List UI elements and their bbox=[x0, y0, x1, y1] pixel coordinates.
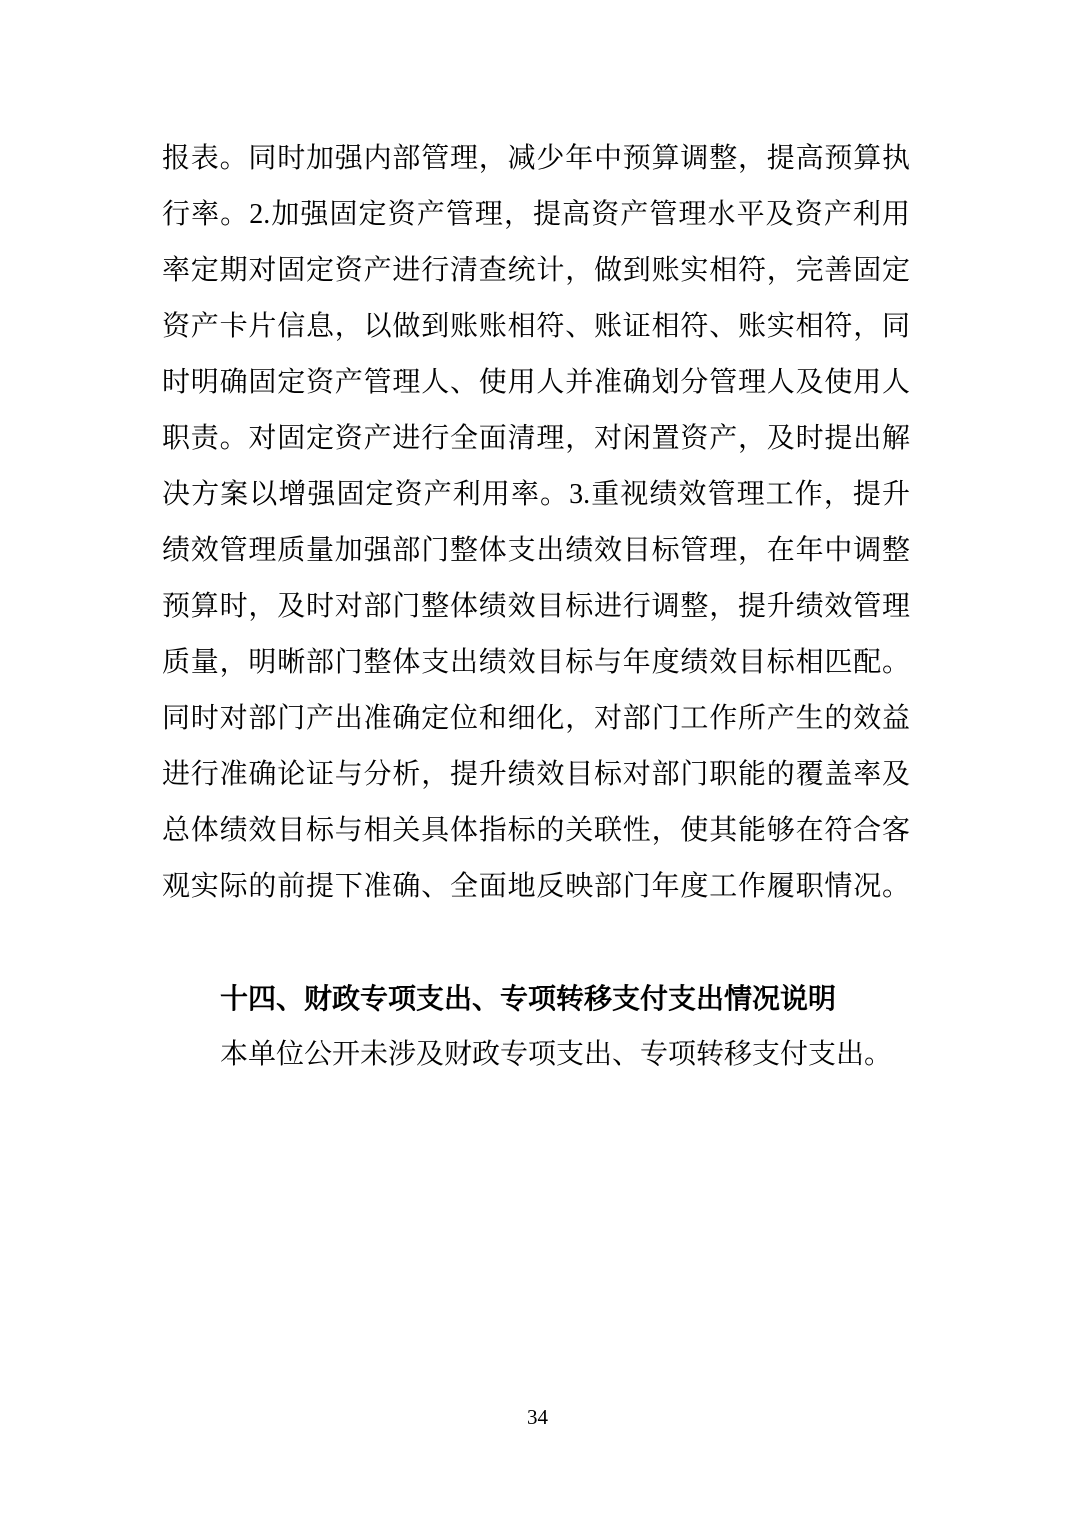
body-line: 资产卡片信息，以做到账账相符、账证相符、账实相符，同 bbox=[162, 299, 910, 355]
body-line: 总体绩效目标与相关具体指标的关联性，使其能够在符合客 bbox=[162, 803, 910, 859]
page-footer: 34 bbox=[0, 1402, 1075, 1432]
body-line: 预算时，及时对部门整体绩效目标进行调整，提升绩效管理 bbox=[162, 579, 910, 635]
body-line: 质量，明晰部门整体支出绩效目标与年度绩效目标相匹配。 bbox=[162, 635, 910, 691]
body-text: 报表。同时加强内部管理，减少年中预算调整，提高预算执 行率。2.加强固定资产管理… bbox=[162, 131, 910, 1083]
body-line: 职责。对固定资产进行全面清理，对闲置资产，及时提出解 bbox=[162, 411, 910, 467]
body-line: 同时对部门产出准确定位和细化，对部门工作所产生的效益 bbox=[162, 691, 910, 747]
body-line: 决方案以增强固定资产利用率。3.重视绩效管理工作，提升 bbox=[162, 467, 910, 523]
document-page: 报表。同时加强内部管理，减少年中预算调整，提高预算执 行率。2.加强固定资产管理… bbox=[0, 0, 1075, 1520]
spacer bbox=[162, 915, 910, 971]
section-heading: 十四、财政专项支出、专项转移支付支出情况说明 bbox=[162, 971, 910, 1027]
body-line: 观实际的前提下准确、全面地反映部门年度工作履职情况。 bbox=[162, 859, 910, 915]
body-line: 进行准确论证与分析，提升绩效目标对部门职能的覆盖率及 bbox=[162, 747, 910, 803]
body-line: 率定期对固定资产进行清查统计，做到账实相符，完善固定 bbox=[162, 243, 910, 299]
body-line: 报表。同时加强内部管理，减少年中预算调整，提高预算执 bbox=[162, 131, 910, 187]
body-line: 时明确固定资产管理人、使用人并准确划分管理人及使用人 bbox=[162, 355, 910, 411]
body-line: 绩效管理质量加强部门整体支出绩效目标管理，在年中调整 bbox=[162, 523, 910, 579]
section-paragraph: 本单位公开未涉及财政专项支出、专项转移支付支出。 bbox=[162, 1027, 910, 1083]
page-number: 34 bbox=[527, 1405, 548, 1429]
body-line: 行率。2.加强固定资产管理，提高资产管理水平及资产利用 bbox=[162, 187, 910, 243]
